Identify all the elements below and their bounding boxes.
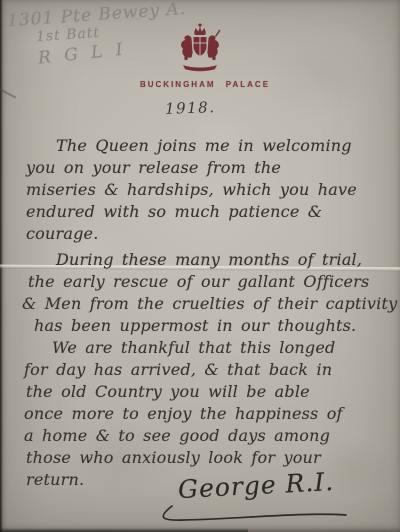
royal-coat-of-arms-icon [170, 23, 230, 78]
letter-date: 1918. [165, 98, 216, 118]
body-line: has been uppermost in our thoughts. [34, 316, 356, 335]
body-line: & Men from the cruelties of their captiv… [22, 294, 397, 313]
body-line: once more to enjoy the happiness of [24, 404, 343, 423]
body-line: return. [26, 470, 84, 489]
signature-flourish [150, 503, 355, 527]
body-line: The Queen joins me in welcoming [56, 136, 352, 155]
body-line: those who anxiously look for your [26, 448, 321, 467]
body-line: We are thankful that this longed [52, 338, 336, 357]
body-line: you on your release from the [26, 158, 281, 177]
body-line: a home & to see good days among [24, 426, 330, 445]
paper-bottom-edge [0, 528, 248, 532]
letter-photo: 1301 Pte Bewey A. 1st Batt R G L I [0, 0, 400, 532]
body-line: the early rescue of our gallant Officers [28, 272, 369, 291]
body-line: for day has arrived, & that back in [24, 360, 332, 379]
body-line: miseries & hardships, which you have [26, 180, 357, 199]
body-line: courage. [26, 224, 98, 243]
body-line: During these many months of trial, [56, 250, 362, 269]
body-line: endured with so much patience & [26, 202, 322, 221]
body-line: the old Country you will be able [26, 382, 310, 401]
letterhead-palace-label: BUCKINGHAM PALACE [0, 80, 400, 89]
